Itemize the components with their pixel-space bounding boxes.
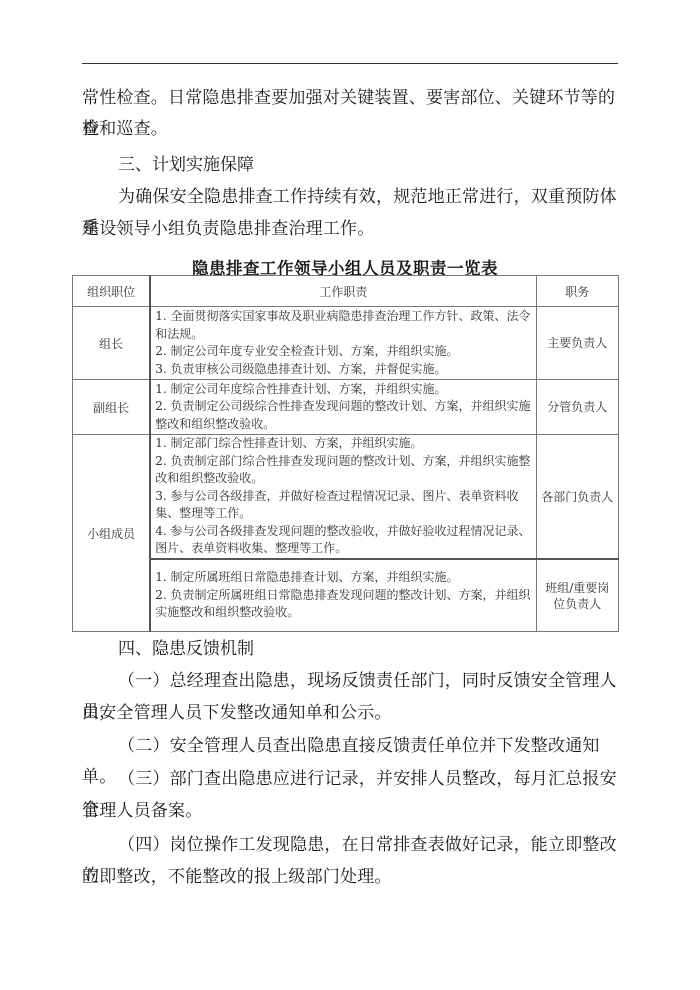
cell-role: 分管负责人 [536, 380, 618, 435]
cell-position: 组长 [73, 307, 151, 380]
cell-duties: 1. 制定部门综合性排查计划、方案，并组织实施。 2. 负责制定部门综合性排查发… [150, 435, 536, 560]
cell-position: 副组长 [73, 380, 151, 435]
feedback-item-3-line2: 管理人员备案。 [82, 796, 622, 827]
section3-body-line2: 建设领导小组负责隐患排查治理工作。 [82, 214, 622, 245]
header-position: 组织职位 [73, 276, 151, 307]
cell-role: 班组/重要岗位负责人 [536, 559, 618, 632]
section4-heading: 四、隐患反馈机制 [118, 634, 254, 665]
cell-position: 小组成员 [73, 435, 151, 632]
table-row: 1. 制定所属班组日常隐患排查计划、方案，并组织实施。 2. 负责制定所属班组日… [73, 559, 619, 632]
table-row: 小组成员 1. 制定部门综合性排查计划、方案，并组织实施。 2. 负责制定部门综… [73, 435, 619, 560]
cell-duties: 1. 全面贯彻落实国家事故及职业病隐患排查治理工作方针、政策、法令和法规。 2.… [150, 307, 536, 380]
table-row: 副组长 1. 制定公司年度综合性排查计划、方案，并组织实施。 2. 负责制定公司… [73, 380, 619, 435]
continued-paragraph-line2: 查和巡查。 [82, 114, 622, 145]
cell-role: 主要负责人 [536, 307, 618, 380]
feedback-item-1-line2: 由安全管理人员下发整改通知单和公示。 [82, 698, 622, 729]
feedback-item-4-line2: 立即整改，不能整改的报上级部门处理。 [82, 862, 622, 893]
duty-table: 组织职位 工作职责 职务 组长 1. 全面贯彻落实国家事故及职业病隐患排查治理工… [72, 275, 619, 632]
cell-duties: 1. 制定公司年度综合性排查计划、方案，并组织实施。 2. 负责制定公司级综合性… [150, 380, 536, 435]
header-role: 职务 [536, 276, 618, 307]
table-header-row: 组织职位 工作职责 职务 [73, 276, 619, 307]
cell-duties: 1. 制定所属班组日常隐患排查计划、方案，并组织实施。 2. 负责制定所属班组日… [150, 559, 536, 632]
cell-role: 各部门负责人 [536, 435, 618, 560]
page-header-rule [82, 63, 618, 64]
section3-heading: 三、计划实施保障 [118, 150, 254, 181]
table-row: 组长 1. 全面贯彻落实国家事故及职业病隐患排查治理工作方针、政策、法令和法规。… [73, 307, 619, 380]
header-duties: 工作职责 [150, 276, 536, 307]
